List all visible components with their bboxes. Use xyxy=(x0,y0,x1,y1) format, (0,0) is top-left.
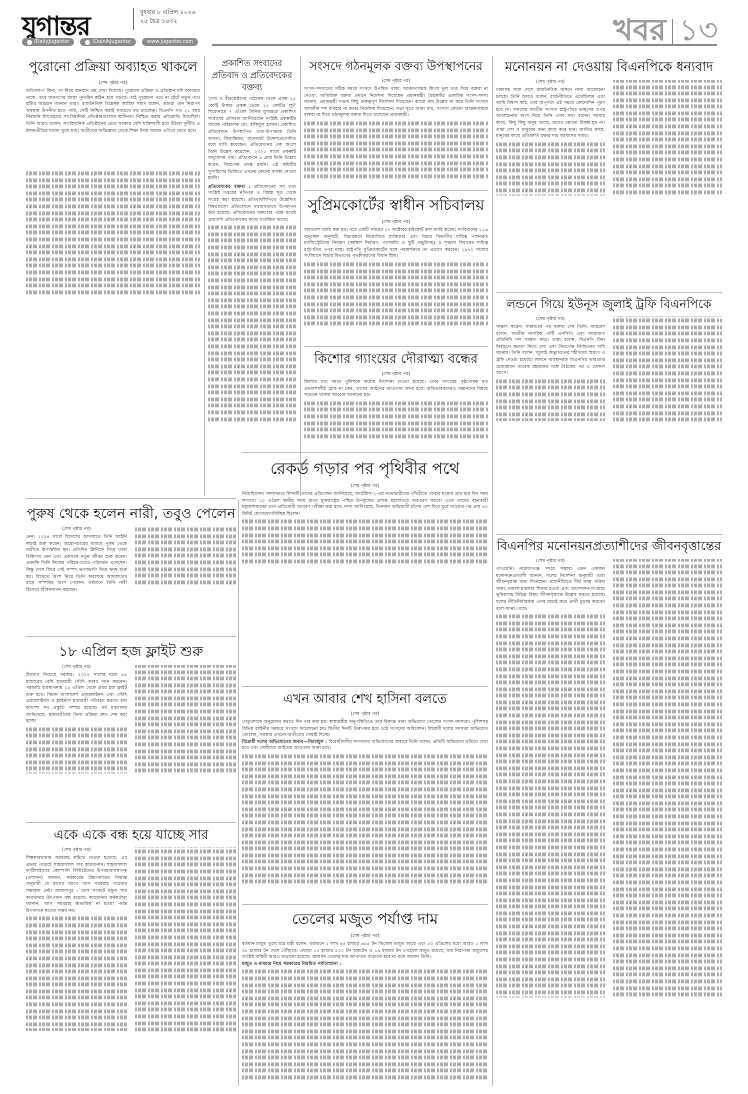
article-body: শিল্পকারখানায় সরবরাহ কমিয়ে দেওয়া হয়ে… xyxy=(26,856,127,915)
social-label: www.jugantor.com xyxy=(147,39,193,45)
article-gender-change: পুরুষ থেকে হলেন নারী, তবুও পেলেন (শেষ পৃ… xyxy=(26,502,236,632)
continued-label: (শেষ পৃষ্ঠার পর) xyxy=(496,558,605,565)
article-sheikh-hasina: এখন আবার শেখ হাসিনা বলতে (শেষ পৃষ্ঠার পর… xyxy=(242,690,488,900)
headline[interactable]: কিশোর গ্যাংয়ের দৌরাত্ম্য বন্ধের xyxy=(304,350,488,371)
article-body: অধ্যাদেশ জারি করা হয়। পরে একটি সময়ের ২… xyxy=(304,228,488,261)
article-text-block xyxy=(496,558,722,998)
page-number: ১৩ xyxy=(679,6,718,57)
article-rejoinder: প্রকাশিত সংবাদের প্রতিবাদ ও প্রতিবেদকের … xyxy=(208,58,296,494)
article-text-block xyxy=(242,518,488,564)
headline[interactable]: সুপ্রিমকোর্টের স্বাধীন সচিবালয় xyxy=(304,194,488,219)
article-body: পাওয়েনি। নারায়ণগঞ্জ সদরে সম্ভাব্য এমন … xyxy=(496,567,605,613)
continued-label: (শেষ পৃষ্ঠার পর) xyxy=(304,219,488,226)
article-parliament: সংসদে গঠনমূলক বক্তব্য উপস্থাপনের (শেষ পৃ… xyxy=(304,58,488,188)
article-oil-reserve: তেলের মজুত পর্যাপ্ত দাম (শেষ পৃষ্ঠার পর)… xyxy=(242,908,488,1088)
article-body: কিশোর গ্যাং দমনে পুলিশকে কঠোর নির্দেশনা … xyxy=(304,380,488,400)
x-twitter-icon xyxy=(27,40,32,45)
article-body: বর্তমান মজুত তুলে ধরে মন্ত্রী বলেন, বর্ত… xyxy=(242,942,488,962)
date-block: বুধবার ৮ এপ্রিল ২০২৬ ২৫ চৈত্র ১৪৩২ xyxy=(140,8,196,26)
headline[interactable]: এখন আবার শেখ হাসিনা বলতে xyxy=(242,690,488,711)
subhead: বিরোধী দলের অভিযোগের জবাব—সিরাজুল : xyxy=(242,740,327,745)
social-link-website[interactable]: www.jugantor.com xyxy=(142,38,198,46)
continued-label: (শেষ পৃষ্ঠার পর) xyxy=(242,711,488,718)
continued-label: (শেষ পৃষ্ঠার পর) xyxy=(26,664,127,671)
social-links: /DailyJugantor /DainikJugantor www.jugan… xyxy=(22,38,198,46)
reply-label: প্রতিবেদকের বক্তব্য : xyxy=(208,185,250,190)
article-divider xyxy=(26,498,236,499)
social-link-facebook[interactable]: /DainikJugantor xyxy=(80,38,136,46)
headline[interactable]: একে একে বন্ধ হয়ে যাচ্ছে সার xyxy=(26,826,236,847)
headline[interactable]: বিএনপির মনোনয়নপ্রত্যাশীদের জীবনবৃত্তান্… xyxy=(496,538,722,558)
article-text-block xyxy=(26,170,200,295)
section-header: খবর ১৩ xyxy=(613,6,718,57)
headline[interactable]: মনোনয়ন না দেওয়ায় বিএনপিকে ধন্যবাদ xyxy=(496,58,722,79)
social-label: /DainikJugantor xyxy=(92,39,131,45)
continued-label: (শেষ পৃষ্ঠার পর) xyxy=(304,78,488,85)
column-divider xyxy=(238,500,239,1086)
facebook-icon xyxy=(85,40,90,45)
article-text-block xyxy=(135,526,236,585)
headline[interactable]: লন্ডনে গিয়ে ইউনূস জুলাই ট্রফি বিএনপিকে xyxy=(496,296,722,316)
continued-label: (শেষ পৃষ্ঠার পর) xyxy=(496,79,605,86)
article-bnp-candidates: বিএনপির মনোনয়নপ্রত্যাশীদের জীবনবৃত্তান্… xyxy=(496,538,722,1086)
continued-label: (শেষ পৃষ্ঠার পর) xyxy=(26,847,127,854)
headline[interactable]: পুরোনো প্রক্রিয়া অব্যাহত থাকলে xyxy=(26,58,200,79)
article-text-block xyxy=(304,120,488,179)
article-body: সেতুলোকে অনুমোদন করতে দিন পার করা হয়। স… xyxy=(242,720,488,740)
social-link-x[interactable]: /DailyJugantor xyxy=(22,38,74,46)
continued-label: (শেষ পৃষ্ঠার পর) xyxy=(26,526,127,533)
masthead: যুগান্তর বুধবার ৮ এপ্রিল ২০২৬ ২৫ চৈত্র ১… xyxy=(0,0,748,52)
headline[interactable]: ১৮ এপ্রিল হজ ফ্লাইট শুরু xyxy=(26,640,236,664)
article-divider xyxy=(26,636,236,637)
article-record-space: রেকর্ড গড়ার পর পৃথিবীর পথে (শেষ পৃষ্ঠার… xyxy=(242,456,488,566)
article-teen-gang: কিশোর গ্যাংয়ের দৌরাত্ম্য বন্ধের (শেষ পৃ… xyxy=(304,350,488,450)
article-old-process-cont xyxy=(26,170,200,298)
article-text-block xyxy=(304,261,488,327)
article-body: সাক্ষাৎ করেন। সাক্ষাতের পর বক্তব্য দেন ত… xyxy=(496,325,605,378)
article-divider xyxy=(26,822,236,823)
article-supreme-court: সুপ্রিমকোর্টের স্বাধীন সচিবালয় (শেষ পৃষ… xyxy=(304,194,488,344)
section-divider xyxy=(672,19,673,45)
article-divider xyxy=(242,452,488,453)
headline[interactable]: সংসদে গঠনমূলক বক্তব্য উপস্থাপনের xyxy=(304,58,488,78)
column-divider xyxy=(300,56,301,496)
logo-divider xyxy=(133,8,134,30)
article-fertilizer-factory: একে একে বন্ধ হয়ে যাচ্ছে সার (শেষ পৃষ্ঠা… xyxy=(26,826,236,1088)
article-nomination-thanks: মনোনয়ন না দেওয়ায় বিএনপিকে ধন্যবাদ (শে… xyxy=(496,58,722,288)
article-body: উদ্যোগ নিয়েছে সরকার। ২০২৫ সালের মধ্যে ৫… xyxy=(26,673,127,726)
article-body: ঢাকাসহ সারা দেশে রাজনৈতিক অঙ্গনে নানা আল… xyxy=(496,88,605,141)
article-text-block xyxy=(242,753,488,885)
article-divider xyxy=(242,904,488,905)
article-text-block xyxy=(208,224,296,422)
continued-label: (শেষ পৃষ্ঠার পর) xyxy=(304,371,488,378)
subhead: মজুত ও ব্যবহার নিয়ে সরকারের নিয়মিত পর্… xyxy=(242,962,341,967)
article-divider xyxy=(496,292,722,293)
continued-label: (শেষ পৃষ্ঠার পর) xyxy=(26,80,200,87)
article-divider xyxy=(304,190,488,191)
reply-body: প্রতিবেদনের সব তথ্য সংশ্লিষ্ট দপ্তরের নথ… xyxy=(208,185,296,223)
article-divider xyxy=(242,686,488,687)
continued-label: (শেষ পৃষ্ঠার পর) xyxy=(242,483,488,490)
article-body: সংসদ-সদস্যদের সঠিক সময়ে সংসদে উপস্থিত থ… xyxy=(304,87,488,120)
article-text-block xyxy=(304,400,488,440)
headline[interactable]: প্রকাশিত সংবাদের প্রতিবাদ ও প্রতিবেদকের … xyxy=(208,58,296,94)
article-body: অতিদলপ' কিনা, তা নিয়ে জনমনে প্রশ্ন দেখা… xyxy=(26,89,200,135)
column-divider xyxy=(492,56,493,1086)
bengali-date: ২৫ চৈত্র ১৪৩২ xyxy=(140,17,196,26)
headline[interactable]: পুরুষ থেকে হলেন নারী, তবুও পেলেন xyxy=(26,502,236,526)
article-text-block xyxy=(242,968,488,1080)
gregorian-date: বুধবার ৮ এপ্রিল ২০২৬ xyxy=(140,8,196,17)
headline[interactable]: রেকর্ড গড়ার পর পৃথিবীর পথে xyxy=(242,456,488,483)
column-divider xyxy=(204,56,205,496)
article-body: 'শেখ ও বীরশ্রেষ্ঠদের পাঠ্যক্রম থেকে প্রব… xyxy=(208,97,296,183)
article-body: নিয়েছিলেন। সফলভাবে মিশনটি তাদের প্রতিবে… xyxy=(242,492,488,518)
headline[interactable]: তেলের মজুত পর্যাপ্ত দাম xyxy=(242,908,488,933)
article-hajj-flight: ১৮ এপ্রিল হজ ফ্লাইট শুরু (শেষ পৃষ্ঠার পর… xyxy=(26,640,236,820)
section-name: খবর xyxy=(613,6,666,57)
article-body: নেন। ২০২৪ সালে বিদেশের আদালতে তিনি আইনি … xyxy=(26,535,127,594)
social-label: /DailyJugantor xyxy=(34,39,69,45)
article-london-trophy: লন্ডনে গিয়ে ইউনূস জুলাই ট্রফি বিএনপিকে … xyxy=(496,296,722,516)
continued-label: (শেষ পৃষ্ঠার পর) xyxy=(242,933,488,940)
article-divider xyxy=(304,346,488,347)
continued-label: (শেষ পৃষ্ঠার পর) xyxy=(496,316,605,323)
article-divider xyxy=(496,534,722,535)
